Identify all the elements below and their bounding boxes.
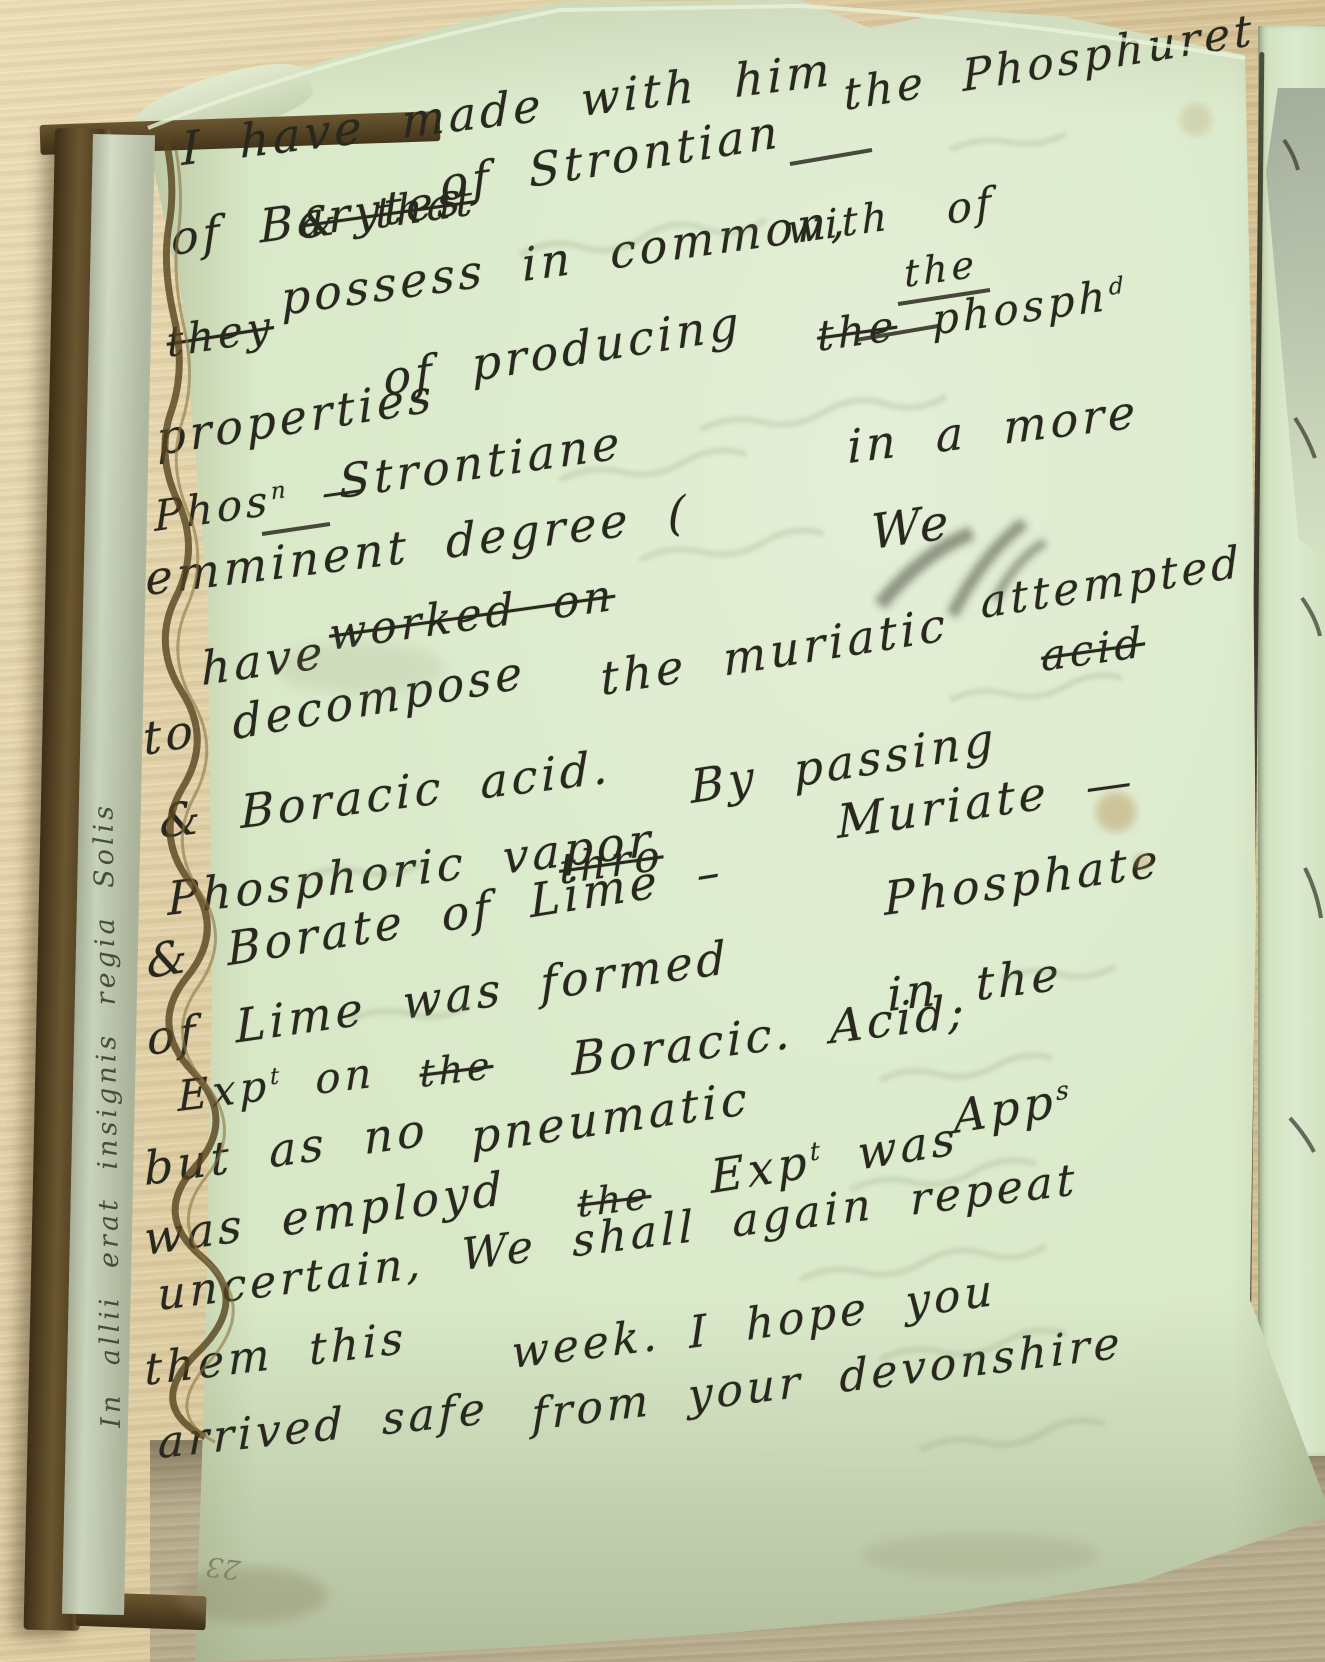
pencil-page-number: 23: [204, 1550, 242, 1585]
handwriting-line: the: [419, 1043, 493, 1096]
handwriting-line: of: [945, 177, 996, 234]
handwriting-line: We: [870, 493, 953, 561]
